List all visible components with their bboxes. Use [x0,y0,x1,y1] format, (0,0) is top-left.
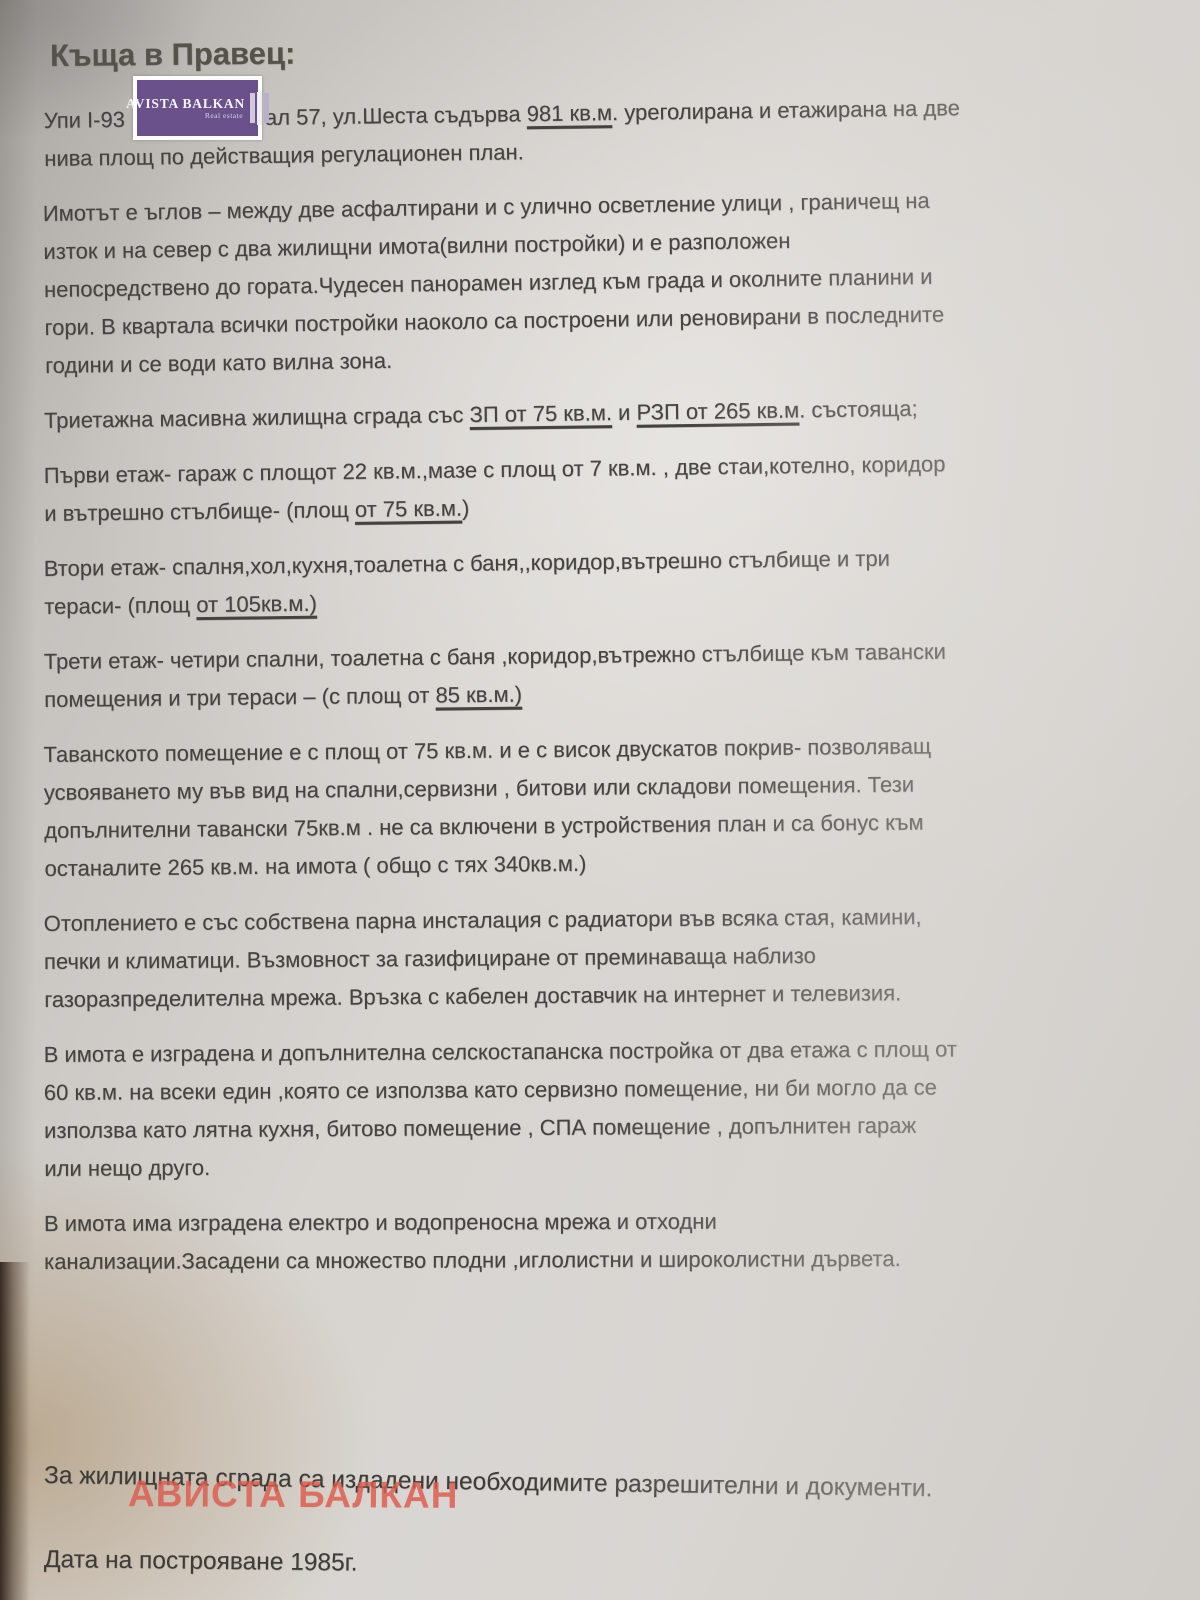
text-segment: В имота има изградена електро и водопрен… [44,1209,717,1236]
paragraph-p7: Таванското помещение е с площ от 75 кв.м… [43,725,1166,888]
text-segment: гори. В квартала всички постройки наокол… [44,302,944,340]
text-segment: и вътрешно стълбище- (площ [44,497,355,526]
underlined-text: 85 кв.м.) [435,682,522,708]
text-segment: Упи I-93 [44,107,126,133]
text-segment: усвояването му във вид на спални,сервизн… [44,772,914,805]
document-body: Къща в Правец: Упи I-93ал 57, ул.Шеста с… [0,0,1200,1598]
paragraphs: Упи I-93ал 57, ул.Шеста съдърва 981 кв.м… [44,102,1166,1581]
text-segment: Таванското помещение е с площ от 75 кв.м… [43,733,931,767]
logo-bars-icon [248,92,269,125]
text-segment: Триетажна масивна жилищна сграда със [44,402,470,433]
paragraph-p3: Триетажна масивна жилищна сграда със ЗП … [44,386,1166,440]
text-segment: изток и на север с два жилищни имота(вил… [43,228,790,264]
page-title: Къща в Правец: [50,25,1160,76]
avista-balkan-logo: AVISTA BALKAN Real estate [133,76,262,140]
text-segment: 60 кв.м. на всеки един ,която се използв… [44,1075,937,1105]
text-segment: Първи етаж- гараж с площот 22 кв.м.,мазе… [44,451,946,488]
paragraph-p12: Дата на построяване 1985г. [44,1539,1166,1594]
logo-tagline: Real estate [205,111,243,120]
text-segment: . състояща; [799,396,918,423]
underlined-text: 981 кв.м [527,100,613,126]
text-segment: останалите 265 кв.м. на имота ( общо с т… [44,851,586,881]
text-segment: непосредствено до гората.Чудесен панорам… [44,264,933,302]
underlined-text: РЗП от 265 кв.м [636,397,799,424]
text-segment: помещения и три тераси – (с площ от [44,683,436,712]
text-segment: нива площ по действащия регулационен пла… [44,139,524,171]
paragraph-p9: В имота е изградена и допълнителна селск… [44,1029,1167,1188]
text-line: Дата на построяване 1985г. [44,1539,1166,1594]
text-line: Триетажна масивна жилищна сграда със ЗП … [44,386,1166,440]
text-segment: години и се води като вилна зона. [45,348,392,378]
text-segment: Отоплението е със собствена парна инстал… [44,904,922,936]
text-segment: тераси- (площ [44,592,196,619]
text-segment: газоразпределителна мрежа. Връзка с кабе… [44,980,901,1012]
text-line: канализации.Засадени са множество плодни… [44,1239,1166,1281]
underlined-text: от 75 кв.м. [355,496,463,522]
text-segment: допълнителни тавански 75кв.м . не са вкл… [44,810,924,843]
red-watermark-text: АВИСТА БАЛКАН [128,1473,459,1517]
text-segment: Имотът е ъглов – между две асфалтирани и… [43,188,930,226]
text-segment: или нещо друго. [44,1155,210,1181]
logo-content: AVISTA BALKAN Real estate [126,92,269,125]
text-line: или нещо друго. [44,1143,1166,1188]
underlined-text: от 105кв.м.) [196,591,317,617]
paragraph-p6: Трети етаж- четири спални, тоалетна с ба… [44,630,1167,719]
text-segment: използва като лятна кухня, битово помеще… [44,1113,916,1143]
text-line: В имота има изградена електро и водопрен… [44,1201,1166,1243]
paragraph-p2: Имотът е ъглов – между две асфалтирани и… [43,178,1168,385]
photographed-document-page: Къща в Правец: Упи I-93ал 57, ул.Шеста с… [0,0,1200,1600]
text-segment: канализации.Засадени са множество плодни… [44,1246,901,1274]
text-segment: Трети етаж- четири спални, тоалетна с ба… [44,639,946,674]
text-segment: ) [462,495,470,520]
text-segment: и [612,400,637,425]
underlined-text: ЗП от 75 кв.м. [469,400,612,427]
text-segment: ал 57, ул.Шеста съдърва [265,101,527,130]
paragraph-p5: Втори етаж- спалня,хол,кухня,тоалетна с … [44,536,1167,626]
text-segment: Втори етаж- спалня,хол,кухня,тоалетна с … [44,546,890,581]
paragraph-p4: Първи етаж- гараж с площот 22 кв.м.,мазе… [44,442,1167,533]
text-segment: Дата на построяване 1985г. [44,1546,358,1577]
logo-agency-name: AVISTA BALKAN [126,96,245,111]
text-line: газоразпределителна мрежа. Връзка с кабе… [44,972,1166,1019]
text-segment: В имота е изградена и допълнителна селск… [44,1036,957,1067]
paragraph-p10: В имота има изградена електро и водопрен… [44,1201,1166,1281]
paragraph-p8: Отоплението е със собствена парна инстал… [44,896,1167,1019]
text-segment: печки и климатици. Възмовност за газифиц… [44,943,816,974]
text-segment: . уреголирана и етажирана на две [612,95,960,125]
